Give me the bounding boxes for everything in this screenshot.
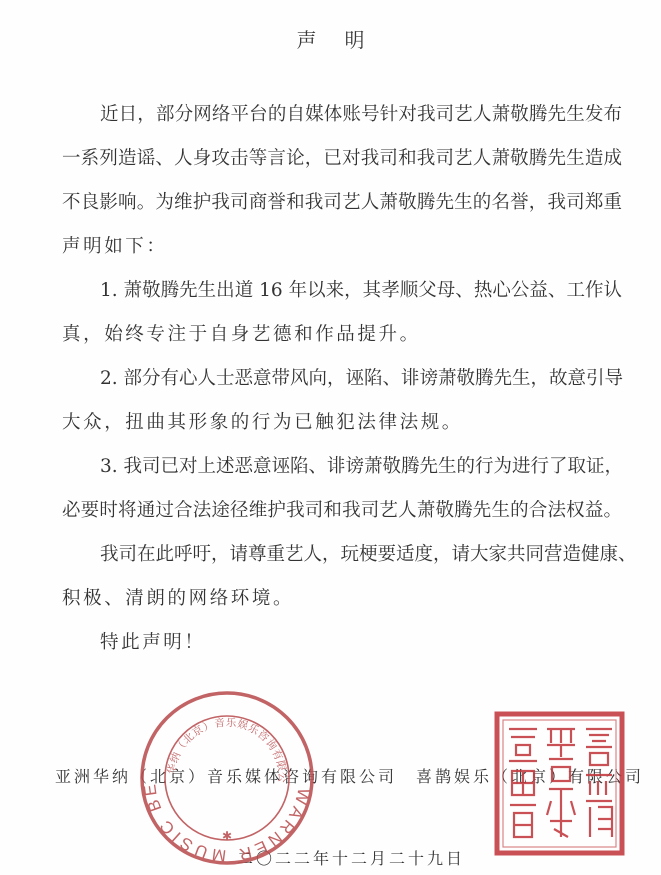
xique-square-seal-icon: [494, 711, 625, 856]
paragraph-1-line-3: 不良影响。为维护我司商誉和我司艺人萧敬腾先生的名誉，我司郑重: [62, 191, 622, 215]
warner-round-seal-icon: WARNER MUSIC BEIJING CO. LTD 华纳（北京）音乐娱乐咨…: [139, 690, 315, 866]
paragraph-1-line-4: 声明如下：: [62, 235, 622, 259]
item-2-line-2: 大众，扭曲其形象的行为已触犯法律法规。: [62, 411, 622, 435]
appeal-line-2: 积极、清朗的网络环境。: [62, 587, 622, 611]
item-3-line-1: 3. 我司已对上述恶意诬陷、诽谤萧敬腾先生的行为进行了取证，: [100, 455, 622, 479]
paragraph-1-line-1: 近日，部分网络平台的自媒体账号针对我司艺人萧敬腾先生发布: [100, 103, 622, 127]
document-page: 声明 近日，部分网络平台的自媒体账号针对我司艺人萧敬腾先生发布 一系列造谣、人身…: [0, 0, 661, 875]
item-1-line-2: 真，始终专注于自身艺德和作品提升。: [62, 323, 622, 347]
document-title: 声明: [0, 24, 661, 53]
svg-text:✱: ✱: [222, 829, 232, 843]
paragraph-1-line-2: 一系列造谣、人身攻击等言论，已对我司和我司艺人萧敬腾先生造成: [62, 147, 622, 171]
item-1-line-1: 1. 萧敬腾先生出道 16 年以来，其孝顺父母、热心公益、工作认: [100, 279, 622, 303]
appeal-line-1: 我司在此呼吁，请尊重艺人，玩梗要适度，请大家共同营造健康、: [100, 543, 622, 567]
item-2-line-1: 2. 部分有心人士恶意带风向，诬陷、诽谤萧敬腾先生，故意引导: [100, 367, 622, 391]
closing-statement: 特此声明！: [100, 631, 622, 655]
item-3-line-2: 必要时将通过合法途径维护我司和我司艺人萧敬腾先生的合法权益。: [62, 499, 622, 523]
